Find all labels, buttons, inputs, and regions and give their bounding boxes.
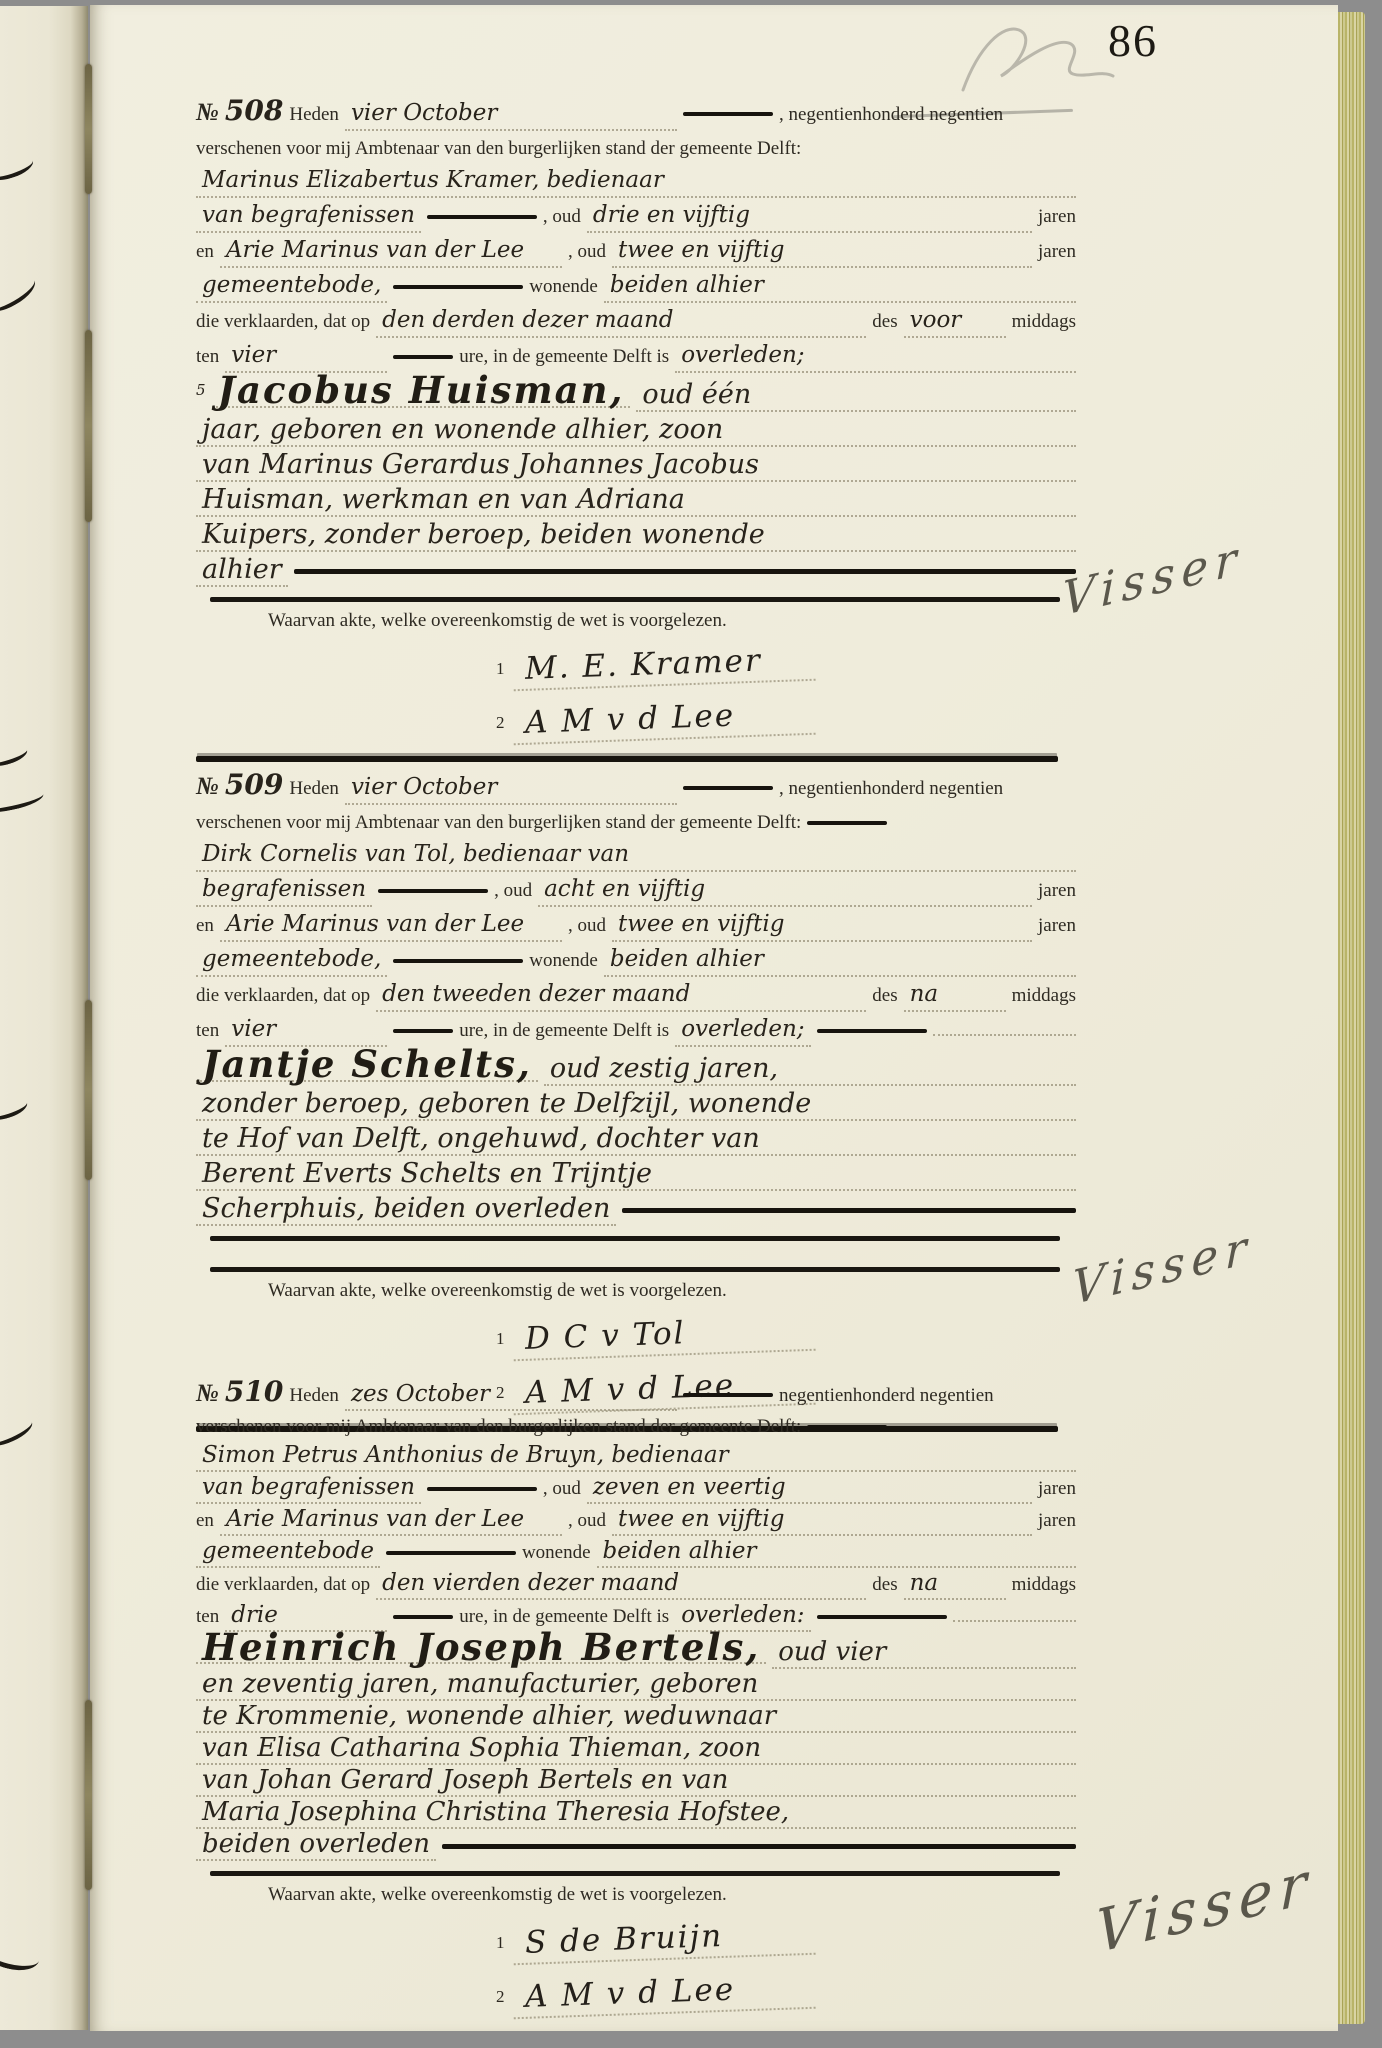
filler-dash	[378, 889, 488, 893]
declarant2-line: en Arie Marinus van der Lee , oud twee e…	[196, 236, 1076, 268]
filler-dash	[427, 215, 537, 219]
declarant1-age: zeven en veertig	[587, 1474, 1032, 1504]
pencil-paraph	[945, 18, 1135, 108]
filler-dash	[393, 1029, 453, 1033]
death-date-value: den vierden dezer maand	[376, 1570, 866, 1600]
filler-dash	[683, 112, 773, 116]
deceased-detail: Huisman, werkman en van Adriana	[196, 485, 1076, 517]
record-number: 509	[225, 770, 283, 799]
jaren-label: jaren	[1038, 876, 1076, 905]
declaration-line: die verklaarden, dat op den derden dezer…	[196, 306, 1076, 338]
date-value: vier October	[345, 773, 677, 805]
signature-number: 1	[496, 659, 505, 679]
declarant2-age: twee en vijftig	[612, 910, 1032, 942]
ten-label: ten	[196, 342, 219, 371]
appeared-label: verschenen voor mij Ambtenaar van den bu…	[196, 808, 801, 837]
wonende-label: wonende	[529, 946, 598, 975]
filler-dash	[386, 1551, 516, 1555]
deceased-detail: zonder beroep, geboren te Delfzijl, wone…	[196, 1089, 1076, 1121]
filler-dash	[683, 1393, 773, 1397]
deceased-detail-line: en zeventig jaren, manufacturier, gebore…	[196, 1671, 1076, 1701]
deceased-name-line: Jantje Schelts, oud zestig jaren,	[196, 1050, 1076, 1086]
oud-label: , oud	[494, 876, 532, 905]
record-number-prefix: №	[196, 1380, 219, 1407]
death-date-value: den derden dezer maand	[376, 306, 866, 338]
date-value: vier October	[345, 99, 677, 131]
death-date-value: den tweeden dezer maand	[376, 980, 866, 1012]
declarant1-occupation: begrafenissen	[196, 875, 372, 907]
text-end-rule	[210, 1236, 1060, 1241]
declarant1-name: Marinus Elizabertus Kramer, bedienaar	[196, 166, 1076, 198]
en-label: en	[196, 911, 214, 940]
deceased-detail: Maria Josephina Christina Theresia Hofst…	[196, 1799, 1076, 1829]
oud-label: , oud	[543, 202, 581, 231]
oud-label: , oud	[568, 911, 606, 940]
declarant1-name: Simon Petrus Anthonius de Bruyn, bediena…	[196, 1442, 1076, 1472]
deceased-detail-line: Huisman, werkman en van Adriana	[196, 485, 1076, 517]
text-end-rule	[210, 1267, 1060, 1272]
record-number-prefix: №	[196, 98, 219, 127]
filler-bar	[442, 1844, 1076, 1849]
deceased-detail-line: Berent Everts Schelts en Trijntje	[196, 1159, 1076, 1191]
deceased-detail: van Marinus Gerardus Johannes Jacobus	[196, 450, 1076, 482]
deceased-name-line: Heinrich Joseph Bertels, oud vier	[196, 1634, 1076, 1669]
declarant1-line: Dirk Cornelis van Tol, bedienaar van	[196, 840, 1076, 872]
year-text: negentienhonderd negentien	[779, 1382, 994, 1409]
ure-label: ure, in de gemeente Delft is	[459, 1016, 669, 1045]
declarant2-line: en Arie Marinus van der Lee , oud twee e…	[196, 910, 1076, 942]
jaren-label: jaren	[1038, 237, 1076, 266]
binding-stitch	[85, 1000, 92, 1180]
signature-number: 1	[496, 1933, 505, 1953]
closing-statement: Waarvan akte, welke overeenkomstig de we…	[268, 1280, 1076, 1302]
record-number: 510	[225, 1378, 283, 1405]
declarant2-occupation: gemeentebode,	[196, 945, 387, 977]
record-number: 508	[225, 96, 283, 125]
signature-row-2: 2 A M v d Lee	[496, 1974, 1076, 2014]
wonende-label: wonende	[522, 1539, 591, 1566]
des-label: des	[872, 1571, 897, 1598]
jaren-label: jaren	[1038, 911, 1076, 940]
daypart-value: na	[904, 980, 1006, 1012]
deceased-detail: oud zestig jaren,	[544, 1054, 1076, 1086]
signature-row-1: 1 M. E. Kramer	[496, 646, 1076, 686]
heden-label: Heden	[289, 774, 339, 803]
heden-label: Heden	[289, 100, 339, 129]
record-separator-rule	[196, 756, 1058, 762]
filler-dash	[807, 821, 887, 825]
deceased-detail-line: jaar, geboren en wonende alhier, zoon	[196, 415, 1076, 447]
record-number-prefix: №	[196, 772, 219, 801]
signature-number: 2	[496, 713, 505, 733]
en-label: en	[196, 1507, 214, 1534]
appeared-line: verschenen voor mij Ambtenaar van den bu…	[196, 808, 1076, 837]
deceased-detail-line: te Krommenie, wonende alhier, weduwnaar	[196, 1703, 1076, 1733]
deceased-detail: oud vier	[772, 1639, 1076, 1669]
occupation-line: gemeentebode, wonende beiden alhier	[196, 945, 1076, 977]
des-label: des	[872, 981, 897, 1010]
declared-label: die verklaarden, dat op	[196, 1571, 370, 1598]
residence-value: beiden alhier	[604, 945, 1076, 977]
death-record-510: № 510 Heden zes October negentienhonderd…	[196, 1378, 1076, 2014]
signature-number: 1	[496, 1329, 505, 1349]
deceased-detail-line: te Hof van Delft, ongehuwd, dochter van	[196, 1124, 1076, 1156]
declared-label: die verklaarden, dat op	[196, 981, 370, 1010]
filler-dash	[393, 1615, 453, 1619]
deceased-name: Jantje Schelts,	[196, 1050, 538, 1082]
deceased-detail: en zeventig jaren, manufacturier, gebore…	[196, 1671, 1076, 1701]
deceased-detail-line: beiden overleden	[196, 1831, 1076, 1861]
deceased-detail: te Krommenie, wonende alhier, weduwnaar	[196, 1703, 1076, 1733]
deceased-detail: jaar, geboren en wonende alhier, zoon	[196, 415, 1076, 447]
declarant1-cont-line: van begrafenissen , oud drie en vijftig …	[196, 201, 1076, 233]
declarant1-cont-line: begrafenissen , oud acht en vijftig jare…	[196, 875, 1076, 907]
blank-fill	[933, 1033, 1076, 1036]
appeared-line: verschenen voor mij Ambtenaar van den bu…	[196, 1413, 1076, 1440]
filler-dash	[393, 355, 453, 359]
occupation-line: gemeentebode, wonende beiden alhier	[196, 271, 1076, 303]
record-header-line: № 508 Heden vier October , negentienhond…	[196, 96, 1076, 131]
declarant2-name: Arie Marinus van der Lee	[220, 236, 562, 268]
binding-stitch	[85, 64, 92, 194]
declarant2-occupation: gemeentebode,	[196, 271, 387, 303]
declarant1-line: Simon Petrus Anthonius de Bruyn, bediena…	[196, 1442, 1076, 1472]
filler-dash	[807, 1425, 887, 1429]
record-header-line: № 509 Heden vier October , negentienhond…	[196, 770, 1076, 805]
date-value: zes October	[345, 1381, 677, 1411]
declarant2-age: twee en vijftig	[612, 236, 1032, 268]
closing-statement: Waarvan akte, welke overeenkomstig de we…	[268, 1884, 1076, 1906]
heden-label: Heden	[289, 1382, 339, 1409]
declarant1-occupation: van begrafenissen	[196, 201, 421, 233]
signature-declarant2: A M v d Lee	[512, 1969, 815, 2020]
daypart-value: na	[904, 1570, 1006, 1600]
middags-label: middags	[1012, 1571, 1076, 1598]
middags-label: middags	[1012, 307, 1076, 336]
signature-declarant1: M. E. Kramer	[512, 641, 815, 692]
signature-row-2: 2 A M v d Lee	[496, 700, 1076, 740]
filler-dash	[683, 786, 773, 790]
deceased-detail: van Johan Gerard Joseph Bertels en van	[196, 1767, 1076, 1797]
book-page-edges	[1338, 12, 1365, 2024]
oud-label: , oud	[568, 1507, 606, 1534]
des-label: des	[872, 307, 897, 336]
filler-dash	[393, 959, 523, 963]
deceased-detail-line: Scherphuis, beiden overleden	[196, 1194, 1076, 1226]
daypart-value: voor	[904, 306, 1006, 338]
closing-statement: Waarvan akte, welke overeenkomstig de we…	[268, 610, 1076, 632]
overleden-value: overleden;	[675, 1015, 810, 1047]
oud-label: , oud	[568, 237, 606, 266]
deceased-detail: van Elisa Catharina Sophia Thieman, zoon	[196, 1735, 1076, 1765]
declarant2-name: Arie Marinus van der Lee	[220, 1506, 562, 1536]
declarant2-age: twee en vijftig	[612, 1506, 1032, 1536]
signature-row-1: 1 D C v Tol	[496, 1316, 1076, 1356]
appeared-line: verschenen voor mij Ambtenaar van den bu…	[196, 134, 1076, 163]
declarant1-age: acht en vijftig	[538, 875, 1032, 907]
deceased-detail: alhier	[196, 555, 288, 587]
deceased-detail-line: van Marinus Gerardus Johannes Jacobus	[196, 450, 1076, 482]
overleden-value: overleden;	[675, 341, 1076, 373]
oud-label: , oud	[543, 1475, 581, 1502]
declaration-line: die verklaarden, dat op den tweeden deze…	[196, 980, 1076, 1012]
declarant1-age: drie en vijftig	[587, 201, 1032, 233]
deceased-name-line: 5 Jacobus Huisman, oud één	[196, 376, 1076, 412]
occupation-line: gemeentebode wonende beiden alhier	[196, 1538, 1076, 1568]
ure-label: ure, in de gemeente Delft is	[459, 342, 669, 371]
jaren-label: jaren	[1038, 1475, 1076, 1502]
appeared-label: verschenen voor mij Ambtenaar van den bu…	[196, 1413, 801, 1440]
filler-bar	[622, 1208, 1076, 1213]
signature-number: 2	[496, 1987, 505, 2007]
middags-label: middags	[1012, 981, 1076, 1010]
binding-stitch	[85, 330, 92, 522]
binding-stitch	[85, 1700, 92, 1890]
declared-label: die verklaarden, dat op	[196, 307, 370, 336]
blank-fill	[953, 1619, 1076, 1622]
deceased-detail: Scherphuis, beiden overleden	[196, 1194, 616, 1226]
en-label: en	[196, 237, 214, 266]
deceased-detail: Berent Everts Schelts en Trijntje	[196, 1159, 1076, 1191]
filler-dash	[427, 1487, 537, 1491]
appeared-label: verschenen voor mij Ambtenaar van den bu…	[196, 134, 801, 163]
declarant2-line: en Arie Marinus van der Lee , oud twee e…	[196, 1506, 1076, 1536]
filler-dash	[817, 1029, 927, 1033]
deceased-detail-line: zonder beroep, geboren te Delfzijl, wone…	[196, 1089, 1076, 1121]
year-text: , negentienhonderd negentien	[779, 100, 1003, 129]
scanned-register-page: { "page": { "number": "86" }, "colors": …	[0, 0, 1382, 2048]
year-text: , negentienhonderd negentien	[779, 774, 1003, 803]
death-record-508: № 508 Heden vier October , negentienhond…	[196, 96, 1076, 762]
deceased-detail-line: Kuipers, zonder beroep, beiden wonende	[196, 520, 1076, 552]
text-end-rule	[210, 597, 1060, 602]
signature-declarant1: D C v Tol	[512, 1311, 815, 1362]
deceased-detail-line: van Elisa Catharina Sophia Thieman, zoon	[196, 1735, 1076, 1765]
previous-page-edge	[0, 6, 88, 2030]
declarant1-name: Dirk Cornelis van Tol, bedienaar van	[196, 840, 1076, 872]
declarant2-occupation: gemeentebode	[196, 1538, 380, 1568]
signature-declarant1: S de Bruijn	[512, 1915, 815, 1966]
jaren-label: jaren	[1038, 202, 1076, 231]
filler-bar	[294, 569, 1076, 574]
text-end-rule	[210, 1871, 1060, 1876]
death-record-509: № 509 Heden vier October , negentienhond…	[196, 770, 1076, 1432]
jaren-label: jaren	[1038, 1507, 1076, 1534]
declarant1-line: Marinus Elizabertus Kramer, bedienaar	[196, 166, 1076, 198]
deceased-name: Heinrich Joseph Bertels,	[196, 1634, 766, 1664]
filler-dash	[393, 285, 523, 289]
signature-declarant2: A M v d Lee	[512, 695, 815, 746]
deceased-detail: beiden overleden	[196, 1831, 436, 1861]
declarant1-occupation: van begrafenissen	[196, 1474, 421, 1504]
declaration-line: die verklaarden, dat op den vierden deze…	[196, 1570, 1076, 1600]
ten-label: ten	[196, 1016, 219, 1045]
declarant1-cont-line: van begrafenissen , oud zeven en veertig…	[196, 1474, 1076, 1504]
deceased-name: Jacobus Huisman,	[212, 376, 631, 408]
filler-dash	[817, 1615, 947, 1619]
deceased-detail: Kuipers, zonder beroep, beiden wonende	[196, 520, 1076, 552]
deceased-detail-line: Maria Josephina Christina Theresia Hofst…	[196, 1799, 1076, 1829]
record-header-line: № 510 Heden zes October negentienhonderd…	[196, 1378, 1076, 1411]
declarant2-name: Arie Marinus van der Lee	[220, 910, 562, 942]
wonende-label: wonende	[529, 272, 598, 301]
signature-row-1: 1 S de Bruijn	[496, 1920, 1076, 1960]
deceased-detail: oud één	[636, 380, 1076, 412]
residence-value: beiden alhier	[604, 271, 1076, 303]
residence-value: beiden alhier	[597, 1538, 1076, 1568]
deceased-detail-line: alhier	[196, 555, 1076, 587]
deceased-detail-line: van Johan Gerard Joseph Bertels en van	[196, 1767, 1076, 1797]
margin-mark: 5	[196, 376, 206, 405]
deceased-detail: te Hof van Delft, ongehuwd, dochter van	[196, 1124, 1076, 1156]
